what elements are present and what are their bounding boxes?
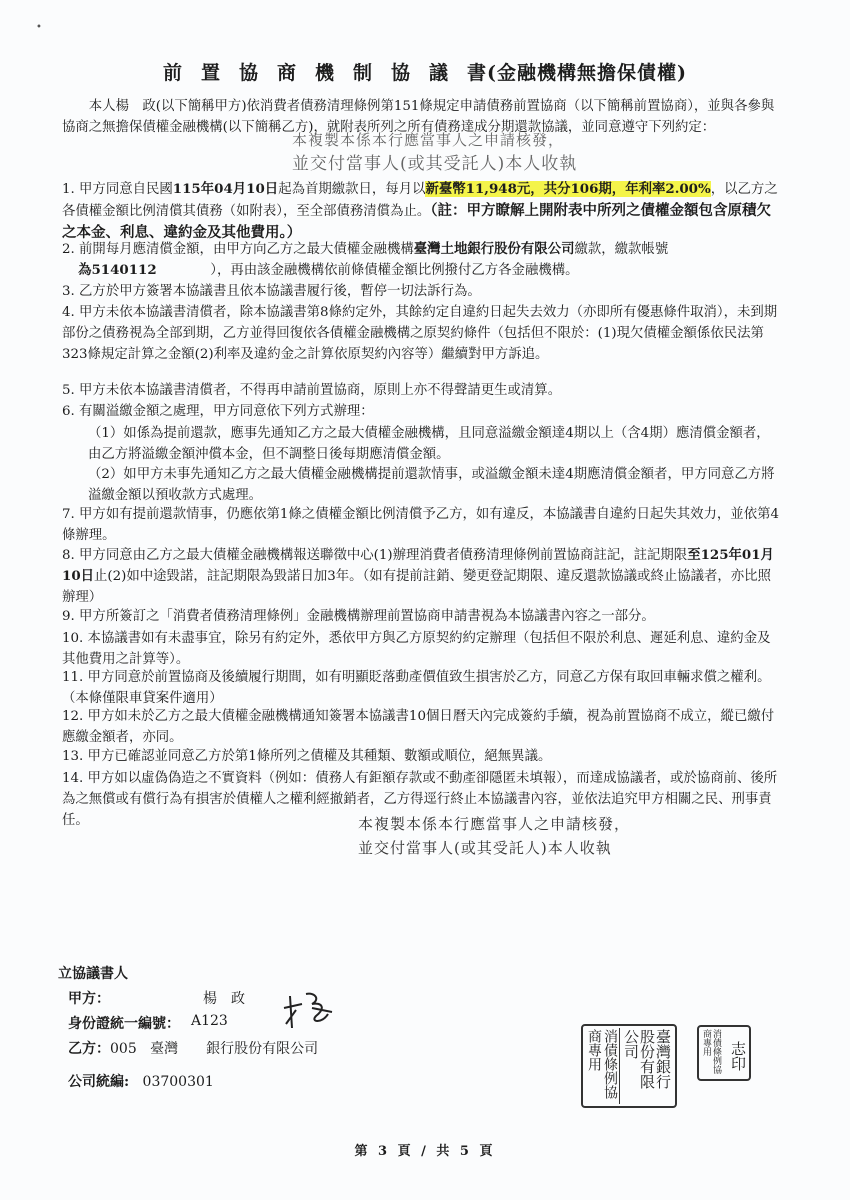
id-number-label: 身份證統一編號：: [68, 1013, 180, 1033]
largest-creditor-bank: 臺灣土地銀行股份有限公司: [414, 241, 575, 257]
clause-2-post: 繳款，繳款帳號: [574, 242, 668, 257]
certification-stamp-top: 本複製本係本行應當事人之申請核發， 並交付當事人(或其受託人)本人收執: [292, 128, 577, 176]
clause-6-sub-2: （2）如甲方未事先通知乙方之最大債權金融機構提前還款情事，或溢繳金額未達4期應清…: [88, 464, 782, 506]
party-b-bank-code: 005: [110, 1041, 137, 1057]
clause-5: 5. 甲方未依本協議書清償者，不得再申請前置協商，原則上亦不得聲請更生或清算。: [62, 380, 782, 401]
clause-8: 8. 甲方同意由乙方之最大債權金融機構報送聯徵中心(1)辦理消費者債務清理條例前…: [62, 545, 782, 608]
company-id-label: 公司統編:: [68, 1074, 129, 1090]
party-b-row: 乙方：005 臺灣 銀行股份有限公司: [68, 1038, 318, 1058]
stamp-top-line-2: 並交付當事人(或其受託人)本人收執: [292, 152, 577, 176]
signers-heading: 立協議書人: [58, 963, 128, 983]
clause-2: 2. 前開每月應清償金額，由甲方向乙方之最大債權金融機構臺灣土地銀行股份有限公司…: [62, 239, 782, 281]
clause-6-sub-1: （1）如係為提前還款，應事先通知乙方之最大債權金融機構，且同意溢繳金額達4期以上…: [88, 423, 782, 465]
clause-1: 1. 甲方同意自民國115年04月10日起為首期繳款日，每月以新臺幣11,948…: [62, 179, 782, 244]
personal-seal-name: 志印: [730, 1041, 746, 1075]
clause-2-pre: 2. 前開每月應清償金額，由甲方向乙方之最大債權金融機構: [62, 242, 414, 257]
stamp-top-line-1: 本複製本係本行應當事人之申請核發，: [292, 128, 577, 152]
company-id-value: 03700301: [143, 1074, 214, 1090]
first-payment-date: 115年04月10日: [173, 181, 278, 197]
party-a-label: 甲方：: [68, 988, 110, 1008]
party-b-label: 乙方：: [68, 1041, 110, 1057]
scan-mark: •: [36, 22, 42, 33]
clause-8-pre: 8. 甲方同意由乙方之最大債權金融機構報送聯徵中心(1)辦理消費者債務清理條例前…: [62, 548, 687, 563]
clause-7: 7. 甲方如有提前還款情事，仍應依第1條之債權金額比例清償予乙方，如有違反，本協…: [62, 504, 782, 546]
clause-2-post2: ），再由該金融機構依前條債權金額比例撥付乙方各金融機構。: [157, 263, 579, 278]
bank-seal-purpose: 消債條例協商專用: [586, 1029, 618, 1103]
clause-4: 4. 甲方未依本協議書清償者，除本協議書第8條約定外，其餘約定自違約日起失去效力…: [62, 302, 782, 365]
title-suffix: 書(金融機構無擔保債權): [467, 62, 687, 84]
personal-seal-purpose: 消債條例協商專用: [701, 1029, 721, 1075]
title-main: 前置協商機制協議: [163, 62, 467, 84]
clause-10: 10. 本協議書如有未盡事宜，除另有約定外，悉依甲方與乙方原契約約定辦理（包括但…: [62, 628, 782, 670]
personal-seal: 消債條例協商專用 志印: [697, 1025, 751, 1081]
payment-terms-highlight: 新臺幣11,948元，共分106期，年利率2.00%: [425, 181, 710, 197]
clause-3: 3. 乙方於甲方簽署本協議書且依本協議書履行後，暫停一切法訴行為。: [62, 281, 782, 302]
payment-account: 為5140112: [78, 262, 157, 278]
handwritten-signature: [282, 988, 352, 1028]
bank-seal-name: 臺灣銀行股份有限公司: [623, 1029, 671, 1103]
id-number-value: A123: [191, 1013, 228, 1029]
bank-seal: 臺灣銀行股份有限公司 消債條例協商專用: [581, 1024, 677, 1108]
page-number: 第 3 頁 / 共 5 頁: [0, 1140, 850, 1159]
clause-13: 13. 甲方已確認並同意乙方於第1條所列之債權及其種類、數額或順位，絕無異議。: [62, 746, 782, 767]
clause-12: 12. 甲方如未於乙方之最大債權金融機構通知簽署本協議書10個日曆天內完成簽約手…: [62, 706, 782, 748]
stamp-bottom-line-2: 並交付當事人(或其受託人)本人收執: [358, 836, 630, 860]
document-title: 前置協商機制協議書(金融機構無擔保債權): [0, 58, 850, 85]
clause-1-mid: 起為首期繳款日，每月以: [278, 182, 425, 197]
company-id-row: 公司統編: 03700301: [68, 1071, 214, 1091]
clause-9: 9. 甲方所簽訂之「消費者債務清理條例」金融機構辦理前置協商申請書視為本協議書內…: [62, 606, 782, 627]
party-b-bank-name: 臺灣 銀行股份有限公司: [150, 1041, 318, 1057]
clause-1-pre: 1. 甲方同意自民國: [62, 182, 173, 197]
agreement-page: • 前置協商機制協議書(金融機構無擔保債權) 本人楊 政(以下簡稱甲方)依消費者…: [0, 0, 850, 1200]
party-a-name: 楊 政: [203, 988, 245, 1008]
clause-11: 11. 甲方同意於前置協商及後續履行期間，如有明顯貶落動產價值致生損害於乙方，同…: [62, 667, 782, 709]
stamp-bottom-line-1: 本複製本係本行應當事人之申請核發，: [358, 812, 630, 836]
certification-stamp-bottom: 本複製本係本行應當事人之申請核發， 並交付當事人(或其受託人)本人收執: [358, 812, 630, 860]
clause-8-post: 止(2)如中途毀諾，註記期限為毀諾日加3年。（如有提前註銷、變更登記期限、違反還…: [62, 569, 771, 605]
clause-6: 6. 有關溢繳金額之處理，甲方同意依下列方式辦理：: [62, 401, 782, 422]
